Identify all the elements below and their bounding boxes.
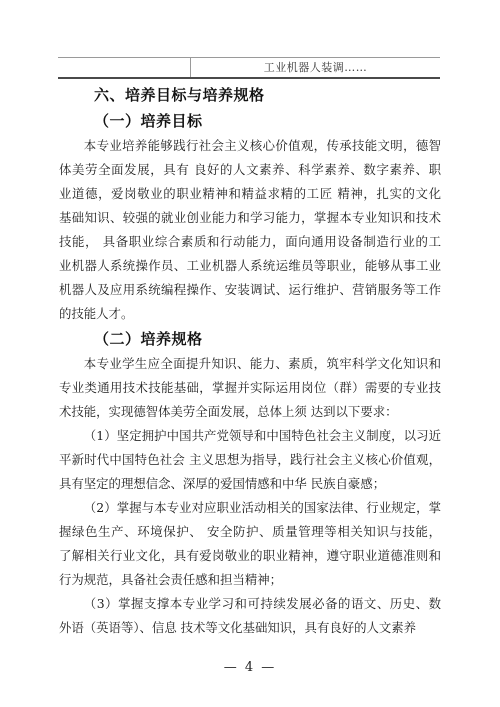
paragraph-training-objectives: 本专业培养能够践行社会主义核心价值观，传承技能文明，德智体美劳全面发展，具有 良… (59, 134, 441, 326)
text-line: 基础知识、较强的就业创业能力和学习能力，掌握本专业知识和技术 (59, 206, 441, 230)
page-footer: — 4 — (0, 656, 500, 675)
page-number: — 4 — (224, 660, 277, 675)
text-line: 技能， 具备职业综合素质和行动能力，面向通用设备制造行业的工 (59, 230, 441, 254)
text-line: 本专业培养能够践行社会主义核心价值观，传承技能文明，德智 (59, 134, 441, 158)
text-line: 体美劳全面发展，具有 良好的人文素养、科学素养、数字素养、职 (59, 158, 441, 182)
text-line: 机器人及应用系统编程操作、安装调试、运行维护、营销服务等工作 (59, 278, 441, 302)
text-line: 平新时代中国特色社会 主义思想为指导，践行社会主义核心价值观， (59, 448, 441, 472)
text-line: 握绿色生产、环境保护、 安全防护、质量管理等相关知识与技能， (59, 520, 441, 544)
text-line: 了解相关行业文化，具有爱岗敬业的职业精神，遵守职业道德准则和 (59, 544, 441, 568)
text-line: （3）掌握支撑本专业学习和可持续发展必备的语文、历史、数学、 (59, 592, 441, 616)
text-line: 本专业学生应全面提升知识、能力、素质，筑牢科学文化知识和 (59, 352, 441, 376)
text-line: （1）坚定拥护中国共产党领导和中国特色社会主义制度，以习近 (59, 424, 441, 448)
sub-heading-training-objectives: （一）培养目标 (59, 108, 441, 134)
text-line: 的技能人才。 (59, 302, 441, 326)
sub-heading-training-specifications: （二）培养规格 (59, 326, 441, 352)
text-line: 术技能，实现德智体美劳全面发展，总体上须 达到以下要求： (59, 400, 441, 424)
header-right-cell: 工业机器人装调…… (191, 58, 440, 77)
text-line: （2）掌握与本专业对应职业活动相关的国家法律、行业规定，掌 (59, 496, 441, 520)
requirement-item-1: （1）坚定拥护中国共产党领导和中国特色社会主义制度，以习近平新时代中国特色社会 … (59, 424, 441, 496)
document-body: 六、培养目标与培养规格 （一）培养目标 本专业培养能够践行社会主义核心价值观，传… (59, 82, 441, 640)
running-header-title: 工业机器人装调…… (264, 62, 368, 73)
text-line: 外语（英语等）、信息 技术等文化基础知识，具有良好的人文素养 (59, 616, 441, 640)
header-left-cell (58, 58, 191, 77)
paragraph-training-specifications: 本专业学生应全面提升知识、能力、素质，筑牢科学文化知识和专业类通用技术技能基础，… (59, 352, 441, 424)
text-line: 具有坚定的理想信念、深厚的爱国情感和中华 民族自豪感； (59, 472, 441, 496)
document-page: 工业机器人装调…… 六、培养目标与培养规格 （一）培养目标 本专业培养能够践行社… (0, 0, 500, 707)
text-line: 业机器人系统操作员、工业机器人系统运维员等职业，能够从事工业 (59, 254, 441, 278)
page-header-rule: 工业机器人装调…… (58, 57, 440, 79)
requirement-item-3: （3）掌握支撑本专业学习和可持续发展必备的语文、历史、数学、外语（英语等）、信息… (59, 592, 441, 640)
section-heading: 六、培养目标与培养规格 (59, 82, 441, 108)
text-line: 专业类通用技术技能基础，掌握并实际运用岗位（群）需要的专业技 (59, 376, 441, 400)
text-line: 业道德，爱岗敬业的职业精神和精益求精的工匠 精神，扎实的文化 (59, 182, 441, 206)
requirement-item-2: （2）掌握与本专业对应职业活动相关的国家法律、行业规定，掌握绿色生产、环境保护、… (59, 496, 441, 592)
text-line: 行为规范，具备社会责任感和担当精神； (59, 568, 441, 592)
